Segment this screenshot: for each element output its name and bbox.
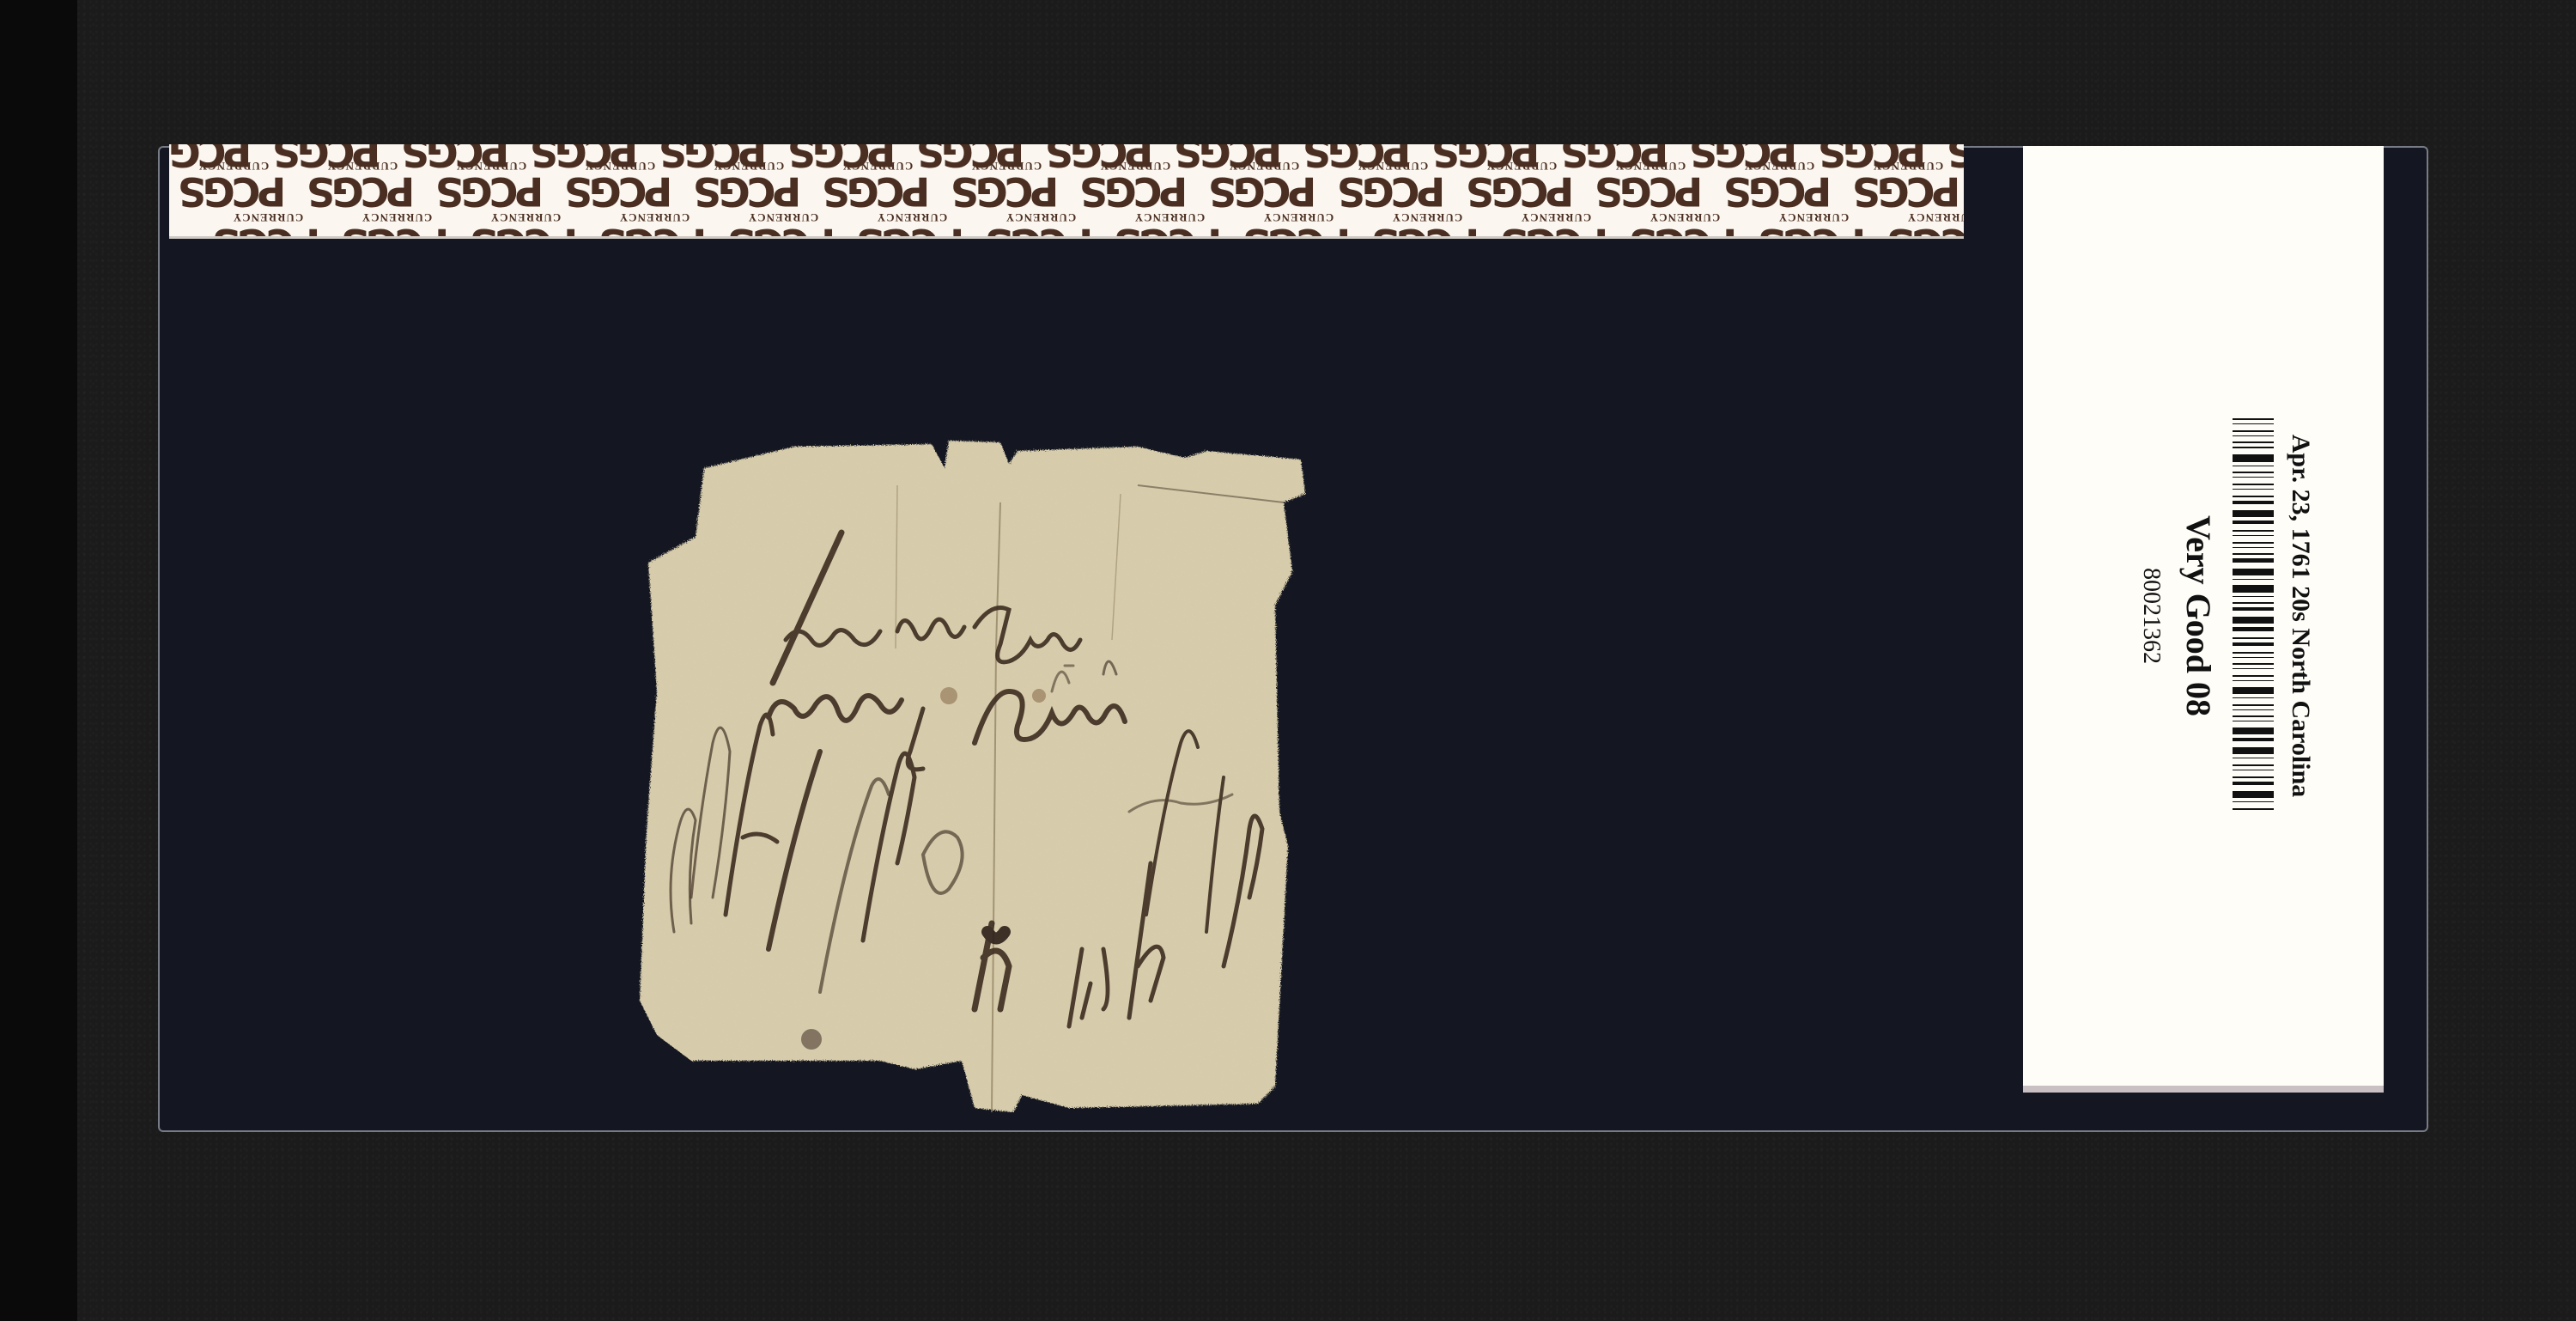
pcgs-logo-icon: PCGSCURRENCY (1200, 160, 1328, 211)
barcode-bar (2233, 466, 2274, 466)
note-title: Apr. 23, 1761 20s North Carolina (2286, 375, 2315, 856)
barcode-bar (2233, 704, 2274, 706)
banknote-image (623, 434, 1468, 1112)
barcode-bar (2233, 558, 2274, 562)
barcode-bar (2233, 447, 2274, 448)
barcode-bar (2233, 472, 2274, 473)
barcode-bar (2233, 808, 2274, 810)
barcode-bar (2233, 585, 2274, 592)
barcode-bar (2233, 489, 2274, 490)
cert-number: 80021362 (2137, 375, 2165, 856)
pcgs-logo-icon: PCGSCURRENCY (298, 160, 427, 211)
pcgs-logo-icon: PCGSCURRENCY (1492, 211, 1620, 239)
pcgs-logo-icon: PCGSCURRENCY (1586, 160, 1715, 211)
pcgs-logo-icon: PCGSCURRENCY (204, 211, 332, 239)
pcgs-logo-icon: PCGSCURRENCY (1878, 211, 1964, 239)
grading-label: Apr. 23, 1761 20s North Carolina Very Go… (2023, 146, 2384, 1093)
pcgs-logo-icon: PCGSCURRENCY (1457, 160, 1586, 211)
barcode-bar (2233, 709, 2274, 710)
pcgs-logo-icon: PCGSCURRENCY (684, 160, 813, 211)
barcode-bar (2233, 542, 2274, 544)
barcode-bar (2233, 569, 2274, 575)
barcode-bar (2233, 441, 2274, 443)
barcode-bar (2233, 430, 2274, 432)
barcode-bar (2233, 668, 2274, 669)
barcode-bar (2233, 764, 2274, 766)
barcode-bar (2233, 435, 2274, 436)
barcode-bar (2233, 553, 2274, 555)
barcode-bar (2233, 617, 2274, 624)
pcgs-logo-icon: PCGSCURRENCY (1105, 211, 1234, 239)
barcode (2233, 418, 2274, 813)
pcgs-logo-icon: PCGSCURRENCY (169, 160, 298, 211)
barcode-bar (2233, 596, 2274, 597)
pcgs-logo-icon: PCGSCURRENCY (719, 211, 848, 239)
barcode-bar (2233, 782, 2274, 785)
strip-row: PCGSCURRENCYPCGSCURRENCYPCGSCURRENCYPCGS… (169, 160, 1964, 211)
barcode-bar (2233, 715, 2274, 717)
pcgs-security-strip: PCGSCURRENCYPCGSCURRENCYPCGSCURRENCYPCGS… (169, 144, 1964, 239)
pcgs-logo-icon: PCGSCURRENCY (1844, 160, 1964, 211)
barcode-bar (2233, 520, 2274, 524)
pcgs-logo-icon: PCGSCURRENCY (461, 211, 590, 239)
barcode-bar (2233, 687, 2274, 694)
pcgs-logo-icon: PCGSCURRENCY (427, 160, 556, 211)
barcode-bar (2233, 721, 2274, 721)
barcode-bar (2233, 496, 2274, 497)
pcgs-logo-icon: PCGSCURRENCY (1620, 211, 1749, 239)
pcgs-logo-icon: PCGSCURRENCY (332, 211, 461, 239)
barcode-bar (2233, 535, 2274, 536)
barcode-bar (2233, 607, 2274, 611)
pcgs-logo-icon: PCGSCURRENCY (590, 211, 719, 239)
pcgs-logo-icon: PCGSCURRENCY (942, 160, 1071, 211)
barcode-bar (2233, 675, 2274, 677)
colonial-banknote (623, 434, 1468, 1112)
barcode-bar (2233, 791, 2274, 798)
grade-text: Very Good 08 (2178, 375, 2219, 856)
barcode-bar (2233, 680, 2274, 681)
label-content: Apr. 23, 1761 20s North Carolina Very Go… (2092, 375, 2315, 856)
barcode-bar (2233, 801, 2274, 802)
barcode-bar (2233, 758, 2274, 758)
barcode-bar (2233, 627, 2274, 630)
pcgs-logo-icon: PCGSCURRENCY (1749, 211, 1878, 239)
barcode-bar (2233, 547, 2274, 548)
pcgs-logo-icon: PCGSCURRENCY (1234, 211, 1363, 239)
barcode-bar (2233, 663, 2274, 665)
pcgs-logo-icon: PCGSCURRENCY (848, 211, 976, 239)
barcode-bar (2233, 652, 2274, 654)
barcode-bar (2233, 602, 2274, 604)
barcode-bar (2233, 738, 2274, 741)
pcgs-logo-icon: PCGSCURRENCY (1071, 160, 1200, 211)
barcode-bar (2233, 642, 2274, 646)
strip-row: PCGSCURRENCYPCGSCURRENCYPCGSCURRENCYPCGS… (204, 211, 1964, 239)
pcgs-logo-icon: PCGSCURRENCY (976, 211, 1105, 239)
barcode-bar (2233, 776, 2274, 778)
barcode-bar (2233, 697, 2274, 698)
barcode-bar (2233, 454, 2274, 461)
barcode-bar (2233, 418, 2274, 420)
dark-left-band (0, 0, 77, 1321)
barcode-bar (2233, 657, 2274, 658)
pcgs-logo-icon: PCGSCURRENCY (813, 160, 942, 211)
barcode-bar (2233, 530, 2274, 532)
pcgs-logo-icon: PCGSCURRENCY (1328, 160, 1457, 211)
barcode-bar (2233, 747, 2274, 754)
barcode-bar (2233, 637, 2274, 639)
barcode-bar (2233, 501, 2274, 504)
barcode-bar (2233, 770, 2274, 770)
barcode-bar (2233, 579, 2274, 580)
barcode-bar (2233, 484, 2274, 485)
barcode-bar (2233, 727, 2274, 734)
barcode-bar (2233, 477, 2274, 478)
pcgs-logo-icon: PCGSCURRENCY (1715, 160, 1844, 211)
barcode-bar (2233, 423, 2274, 424)
pcgs-logo-icon: PCGSCURRENCY (556, 160, 684, 211)
barcode-bar (2233, 510, 2274, 517)
pcgs-logo-icon: PCGSCURRENCY (1363, 211, 1492, 239)
